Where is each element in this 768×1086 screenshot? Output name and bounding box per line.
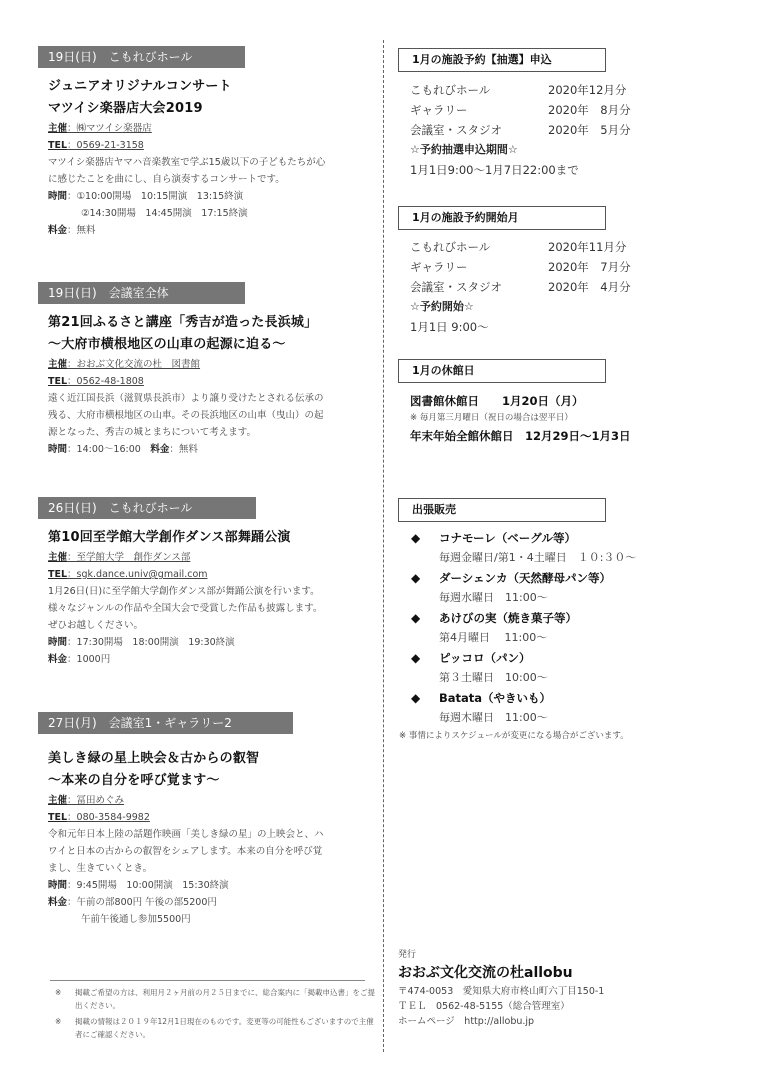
diamond-bullet-icon: ◆ [411,648,439,668]
event-date-bar: 19日(日) こもれびホール [38,46,245,68]
event-time: 時間：①10:00開場 10:15開演 13:15終演 [48,188,368,205]
event-time: 時間：17:30開場 18:00開演 19:30終演 [48,634,368,651]
mobile-sales-note: ※ 事情によりスケジュールが変更になる場合がございます。 [399,728,636,744]
event-3: 26日(日) こもれびホール 第10回至学館大学創作ダンス部舞踊公演 主催：至学… [38,497,368,668]
event-subtitle: ～本来の自分を呼び覚ます～ [48,770,368,792]
vendor-schedule: 第4月曜日 11:00～ [411,628,636,648]
event-tel: TEL：0562-48-1808 [48,373,368,390]
event-title: 第10回至学館大学創作ダンス部舞踊公演 [48,527,368,549]
event-time-2: ②14:30開場 14:45開演 17:15終演 [48,205,368,222]
reservation-row: 会議室・スタジオ2020年 4月分 [410,277,631,297]
all-closed: 年末年始全館休館日 12月29日～1月3日 [410,426,631,446]
footnote-separator [50,980,365,981]
event-description: 令和元年日本上陸の話題作映画「美しき緑の星」の上映会と、ハ ワイと日本の古からの… [48,826,368,877]
event-4: 27日(月) 会議室1・ギャラリー2 美しき緑の星上映会＆古からの叡智 ～本来の… [38,712,368,928]
event-date-bar: 26日(日) こもれびホール [38,497,256,519]
vendor-item: ◆ダーシェンカ（天然酵母パン等） [411,568,636,588]
tel-link[interactable]: 0562-48-1808 [77,376,144,387]
reservation-start-section: こもれびホール2020年11月分 ギャラリー2020年 7月分 会議室・スタジオ… [410,237,631,337]
footnotes: ※掲載ご希望の方は、利用月２ヶ月前の月２５日までに、総合案内に「掲載申込書」をご… [55,986,375,1044]
publisher-label: 発行 [398,948,738,962]
reservation-start-heading: ☆予約開始☆ [410,297,631,317]
event-organizer: 主催：おおぶ文化交流の杜 図書館 [48,356,368,373]
event-tel: TEL：080-3584-9982 [48,809,368,826]
lottery-row: 会議室・スタジオ2020年 5月分 [410,120,631,140]
event-subtitle: マツイシ楽器店大会2019 [48,98,368,120]
lottery-section: こもれびホール2020年12月分 ギャラリー2020年 8月分 会議室・スタジオ… [410,80,631,180]
lottery-row: こもれびホール2020年12月分 [410,80,631,100]
diamond-bullet-icon: ◆ [411,568,439,588]
reservation-start-text: 1月1日 9:00～ [410,317,631,337]
event-description: 1月26日(日)に至学館大学創作ダンス部が舞踊公演を行います。 様々なジャンルの… [48,583,368,634]
vendor-item: ◆Batata（やきいも） [411,688,636,708]
lottery-row: ギャラリー2020年 8月分 [410,100,631,120]
tel-link[interactable]: 0569-21-3158 [77,140,144,151]
event-time-fee: 時間：14:00～16:00 料金：無料 [48,441,368,458]
column-divider [383,40,384,1052]
library-closed-note: ※ 毎月第三月曜日（祝日の場合は翌平日） [410,411,631,426]
event-subtitle: ～大府市横根地区の山車の起源に迫る～ [48,334,368,356]
reservation-row: ギャラリー2020年 7月分 [410,257,631,277]
lottery-header: 1月の施設予約【抽選】申込 [398,48,606,72]
vendor-schedule: 第３土曜日 10:00～ [411,668,636,688]
event-fee-2: 午前午後通し参加5500円 [48,911,368,928]
publisher-address: 〒474-0053 愛知県大府市柊山町六丁目150-1 [398,984,738,999]
vendor-schedule: 毎週水曜日 11:00～ [411,588,636,608]
event-organizer: 主催：㈱マツイシ楽器店 [48,120,368,137]
event-date-bar: 19日(日) 会議室全体 [38,282,245,304]
event-fee: 料金：無料 [48,222,368,239]
reservation-start-header: 1月の施設予約開始月 [398,206,606,230]
event-title: 第21回ふるさと講座「秀吉が造った長浜城」 [48,312,368,334]
event-time: 時間：9:45開場 10:00開演 15:30終演 [48,877,368,894]
event-1: 19日(日) こもれびホール ジュニアオリジナルコンサート マツイシ楽器店大会2… [38,46,368,239]
email-link[interactable]: sgk.dance.univ@gmail.com [77,569,208,580]
event-2: 19日(日) 会議室全体 第21回ふるさと講座「秀吉が造った長浜城」 ～大府市横… [38,282,368,458]
event-title: 美しき緑の星上映会＆古からの叡智 [48,748,368,770]
closed-days-section: 図書館休館日 1月20日（月） ※ 毎月第三月曜日（祝日の場合は翌平日） 年末年… [410,391,631,446]
event-organizer: 主催：至学館大学 創作ダンス部 [48,549,368,566]
event-description: 遠く近江国長浜（滋賀県長浜市）より譲り受けたとされる伝承の 残る、大府市横根地区… [48,390,368,441]
vendor-schedule: 毎週木曜日 11:00～ [411,708,636,728]
event-organizer: 主催：冨田めぐみ [48,792,368,809]
lottery-period-text: 1月1日9:00～1月7日22:00まで [410,160,631,180]
event-tel: TEL：0569-21-3158 [48,137,368,154]
event-title: ジュニアオリジナルコンサート [48,76,368,98]
footnote: ※掲載ご希望の方は、利用月２ヶ月前の月２５日までに、総合案内に「掲載申込書」をご… [55,986,375,1012]
publisher-block: 発行 おおぶ文化交流の杜allobu 〒474-0053 愛知県大府市柊山町六丁… [398,948,738,1029]
event-description: マツイシ楽器店ヤマハ音楽教室で学ぶ15歳以下の子どもたちが心 に感じたことを曲に… [48,154,368,188]
publisher-name: おおぶ文化交流の杜allobu [398,962,738,984]
mobile-sales-header: 出張販売 [398,498,606,522]
diamond-bullet-icon: ◆ [411,608,439,628]
lottery-period-heading: ☆予約抽選申込期間☆ [410,140,631,160]
vendor-item: ◆コナモーレ（ベーグル等） [411,528,636,548]
event-fee: 料金：1000円 [48,651,368,668]
reservation-row: こもれびホール2020年11月分 [410,237,631,257]
event-contact: TEL：sgk.dance.univ@gmail.com [48,566,368,583]
library-closed: 図書館休館日 1月20日（月） [410,391,631,411]
vendor-item: ◆あけびの実（焼き菓子等） [411,608,636,628]
mobile-sales-section: ◆コナモーレ（ベーグル等） 毎週金曜日/第1・4土曜日 １０:３０～ ◆ダーシェ… [411,528,636,744]
vendor-item: ◆ピッコロ（パン） [411,648,636,668]
event-date-bar: 27日(月) 会議室1・ギャラリー2 [38,712,293,734]
diamond-bullet-icon: ◆ [411,688,439,708]
closed-days-header: 1月の休館日 [398,359,606,383]
publisher-tel: ＴＥＬ 0562-48-5155（総合管理室） [398,999,738,1014]
vendor-schedule: 毎週金曜日/第1・4土曜日 １０:３０～ [411,548,636,568]
publisher-homepage[interactable]: ホームページ http://allobu.jp [398,1014,738,1029]
tel-link[interactable]: 080-3584-9982 [77,812,150,823]
diamond-bullet-icon: ◆ [411,528,439,548]
footnote: ※掲載の情報は２０１９年12月1日現在のものです。変更等の可能性もございますので… [55,1015,375,1041]
event-fee: 料金：午前の部800円 午後の部5200円 [48,894,368,911]
